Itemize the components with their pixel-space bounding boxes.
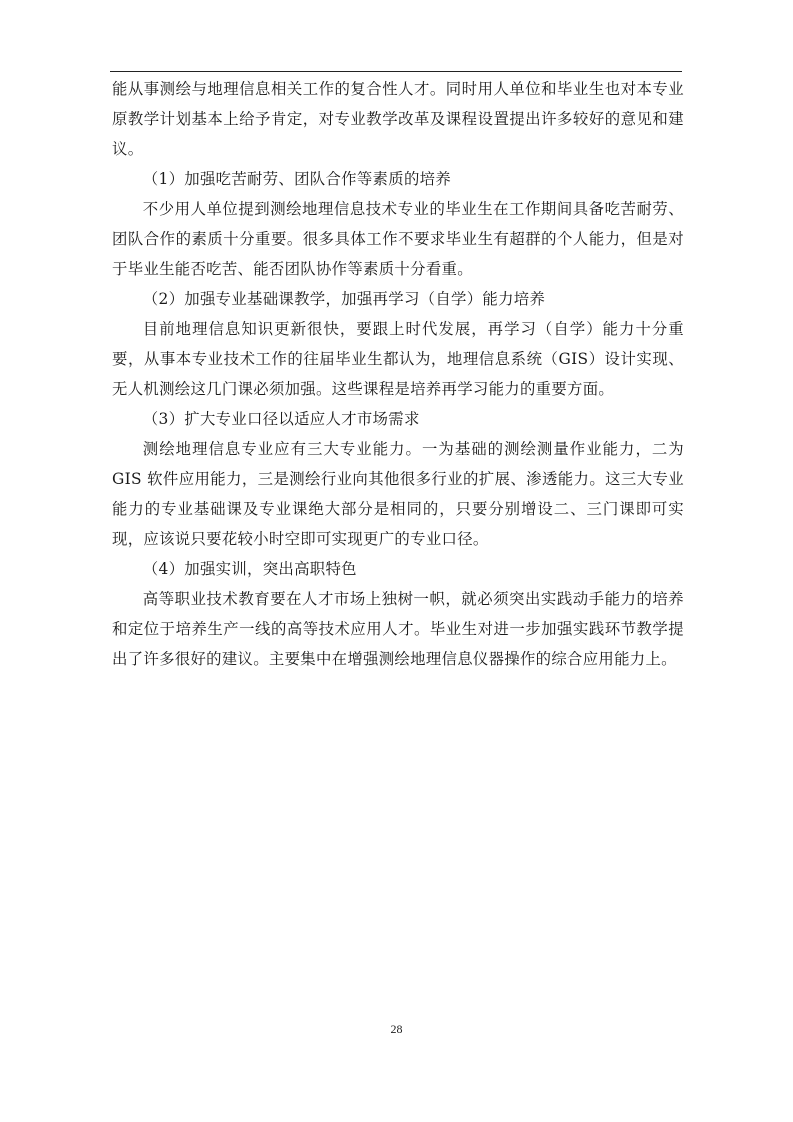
paragraph-teamwork: 不少用人单位提到测绘地理信息技术专业的毕业生在工作期间具备吃苦耐劳、团队合作的素…: [112, 194, 684, 284]
page-number: 28: [0, 1022, 793, 1037]
document-page: 能从事测绘与地理信息相关工作的复合性人才。同时用人单位和毕业生也对本专业原教学计…: [0, 0, 793, 1122]
paragraph-practical-training: 高等职业技术教育要在人才市场上独树一帜，就必须突出实践动手能力的培养和定位于培养…: [112, 584, 684, 674]
paragraph-continuation: 能从事测绘与地理信息相关工作的复合性人才。同时用人单位和毕业生也对本专业原教学计…: [112, 74, 684, 164]
section-heading-2: （2）加强专业基础课教学，加强再学习（自学）能力培养: [112, 284, 684, 314]
page-body: 能从事测绘与地理信息相关工作的复合性人才。同时用人单位和毕业生也对本专业原教学计…: [112, 74, 684, 674]
paragraph-self-learning: 目前地理信息知识更新很快，要跟上时代发展，再学习（自学）能力十分重要，从事本专业…: [112, 314, 684, 404]
header-rule-divider: [110, 71, 682, 72]
section-heading-1: （1）加强吃苦耐劳、团队合作等素质的培养: [112, 164, 684, 194]
section-heading-3: （3）扩大专业口径以适应人才市场需求: [112, 404, 684, 434]
paragraph-scope: 测绘地理信息专业应有三大专业能力。一为基础的测绘测量作业能力，二为GIS 软件应…: [112, 434, 684, 554]
section-heading-4: （4）加强实训，突出高职特色: [112, 554, 684, 584]
